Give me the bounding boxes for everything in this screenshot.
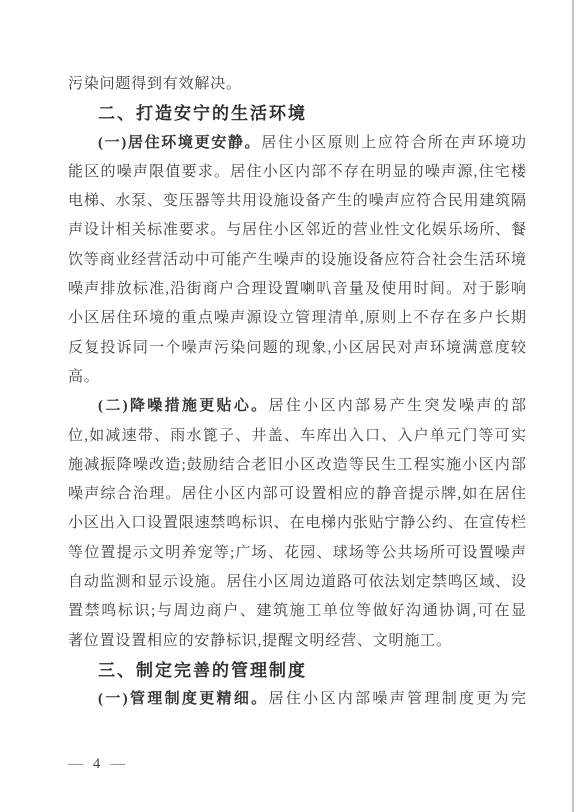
text-line: 噪声排放标准,沿街商户合理设置喇叭音量及使用时间。对于影响: [68, 275, 526, 304]
page-edge-line: [572, 0, 574, 812]
text-line: 自动监测和显示设施。居住小区周边道路可依法划定禁鸣区域、设: [68, 568, 526, 597]
page-number: 4: [93, 753, 100, 775]
subsection-title: (二)降噪措施更贴心。: [98, 398, 269, 414]
subsection-title: (一)管理制度更精细。: [98, 691, 269, 707]
text-line: 电梯、水泵、变压器等共用设施设备产生的噪声应符合民用建筑隔: [68, 187, 526, 216]
footer-dash-left: —: [68, 756, 83, 772]
text-line: (一)居住环境更安静。居住小区原则上应符合所在声环境功: [68, 129, 526, 158]
text-line: (一)管理制度更精细。居住小区内部噪声管理制度更为完: [68, 685, 526, 714]
text-line: 高。: [68, 363, 526, 392]
section-heading: 三、制定完善的管理制度: [68, 656, 526, 685]
page: 污染问题得到有效解决。二、打造安宁的生活环境(一)居住环境更安静。居住小区原则上…: [0, 0, 576, 812]
footer-dash-right: —: [110, 756, 125, 772]
text-line: 施减振降噪改造;鼓励结合老旧小区改造等民生工程实施小区内部: [68, 451, 526, 480]
document-body: 污染问题得到有效解决。二、打造安宁的生活环境(一)居住环境更安静。居住小区原则上…: [68, 70, 526, 715]
text-line: 置禁鸣标识;与周边商户、建筑施工单位等做好沟通协调,可在显: [68, 597, 526, 626]
subsection-title: (一)居住环境更安静。: [98, 135, 261, 151]
text-line: 噪声综合治理。居住小区内部可设置相应的静音提示牌,如在居住: [68, 480, 526, 509]
text-line: 声设计相关标准要求。与居住小区邻近的营业性文化娱乐场所、餐: [68, 216, 526, 245]
text-line: 等位置提示文明养宠等;广场、花园、球场等公共场所可设置噪声: [68, 539, 526, 568]
text-line: 著位置设置相应的安静标识,提醒文明经营、文明施工。: [68, 627, 526, 656]
page-footer: —4—: [68, 753, 125, 775]
text-line: 位,如减速带、雨水篦子、井盖、车库出入口、入户单元门等可实: [68, 422, 526, 451]
text-line: 饮等商业经营活动中可能产生噪声的设施设备应符合社会生活环境: [68, 246, 526, 275]
text-line: 能区的噪声限值要求。居住小区内部不存在明显的噪声源,住宅楼: [68, 158, 526, 187]
text-line: 反复投诉同一个噪声污染问题的现象,小区居民对声环境满意度较: [68, 334, 526, 363]
text-line: (二)降噪措施更贴心。居住小区内部易产生突发噪声的部: [68, 392, 526, 421]
text-line: 污染问题得到有效解决。: [68, 70, 526, 99]
text-line: 小区居住环境的重点噪声源设立管理清单,原则上不存在多户长期: [68, 304, 526, 333]
text-line: 小区出入口设置限速禁鸣标识、在电梯内张贴宁静公约、在宣传栏: [68, 509, 526, 538]
section-heading: 二、打造安宁的生活环境: [68, 99, 526, 128]
